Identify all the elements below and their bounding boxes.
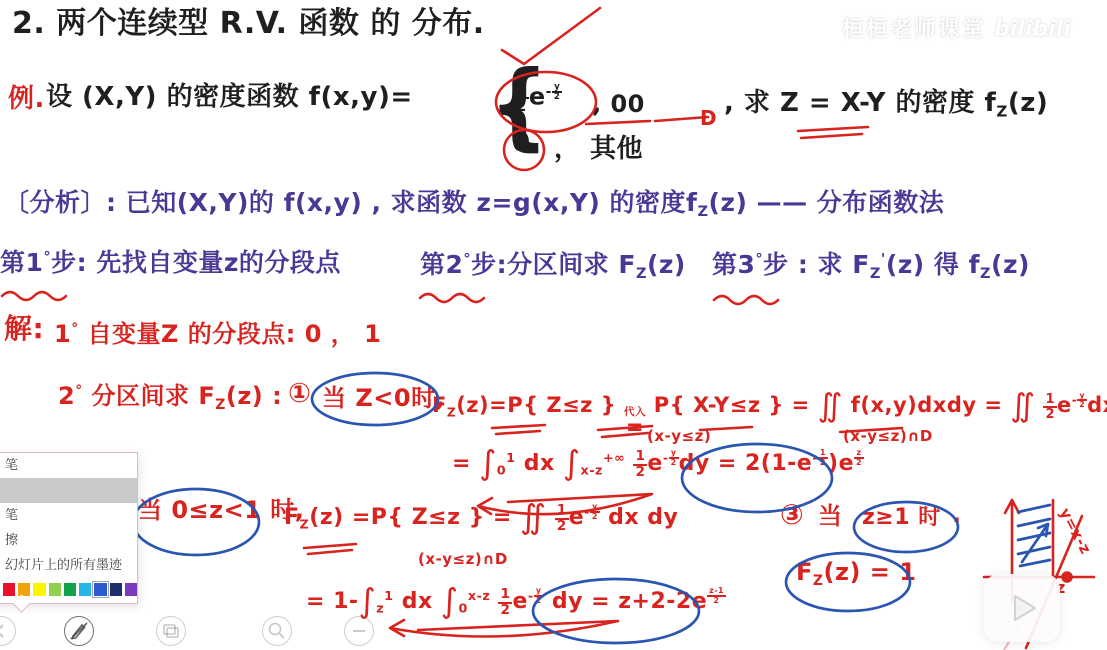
ink-text: , 00 bbox=[592, 92, 645, 117]
ink-text: ， 其他 bbox=[554, 136, 643, 163]
ink-text: 设 (X,Y) 的密度函数 f(x,y)= bbox=[46, 84, 413, 111]
ink-text: = ∫01 dx ∫x-z+∞ 12e-y2dy = 2(1-e-12)ez2 bbox=[452, 446, 864, 481]
pen-menu-item-1[interactable] bbox=[0, 478, 137, 503]
ink-text: ① bbox=[288, 380, 311, 408]
red-underline-domain bbox=[586, 117, 708, 124]
ink-text: 当 Z<0时, bbox=[322, 386, 445, 411]
pen-icon bbox=[66, 618, 92, 644]
presentation-slide: 桓桓老师课堂bilibili 2. 两个连续型 R.V. 函数 的 分布.例.设… bbox=[0, 0, 1107, 650]
pen-menu-item-2[interactable]: 笔 bbox=[0, 503, 137, 528]
ink-text: FZ(z)=P{ Z≤z } 代入= P{ X-Y≤z } = ∬ f(x,y)… bbox=[432, 390, 1107, 437]
zoom-icon bbox=[264, 618, 290, 644]
ink-text: FZ(z) =P{ Z≤z } = ∬ 12e-y2 dx dy bbox=[284, 500, 678, 535]
ink-text: FZ(z) = 1 bbox=[796, 560, 916, 585]
ink-color-swatch-5[interactable] bbox=[79, 583, 91, 596]
ink-text: , 求 Z = X-Y 的密度 fZ(z) bbox=[724, 90, 1048, 117]
ink-text: 2. 两个连续型 R.V. 函数 的 分布. bbox=[12, 8, 485, 40]
more-icon bbox=[346, 618, 372, 644]
ink-text: = 1-∫z1 dx ∫0x-z 12e-y2 dy = z+2-2ez-12 bbox=[306, 584, 726, 619]
pen-options-menu: 笔笔擦幻灯片上的所有墨迹 bbox=[0, 452, 138, 604]
ink-text: z≥1 时 bbox=[862, 506, 941, 529]
sketch-region-hatching bbox=[1018, 505, 1050, 566]
ink-text: 当 bbox=[818, 504, 843, 529]
ink-text: ③ bbox=[780, 500, 804, 529]
slides-icon bbox=[158, 618, 184, 644]
ink-color-swatch-6[interactable] bbox=[94, 583, 106, 596]
ink-text: 2° 分区间求 FZ(z) : bbox=[58, 384, 282, 409]
slides-button[interactable] bbox=[156, 616, 186, 646]
ink-text: 1° 自变量Z 的分段点: 0 ， 1 bbox=[54, 322, 381, 347]
red-arrow-inner-integral-2 bbox=[390, 620, 618, 637]
zoom-button[interactable] bbox=[262, 616, 292, 646]
pen-menu-item-4[interactable]: 幻灯片上的所有墨迹 bbox=[0, 553, 137, 578]
ink-color-swatch-8[interactable] bbox=[125, 583, 137, 596]
ink-text: 第3°步 : 求 FZ'(z) 得 fZ(z) bbox=[712, 252, 1030, 278]
ink-text: 第1°步: 先找自变量z的分段点 bbox=[0, 250, 341, 276]
ink-text: (x-y≤z)∩D bbox=[418, 552, 508, 568]
sketch-blue-arrow bbox=[1022, 524, 1048, 562]
ink-color-swatch-2[interactable] bbox=[33, 583, 45, 596]
red-wavy-step2 bbox=[420, 294, 484, 302]
watermark-text: 桓桓老师课堂 bbox=[842, 17, 986, 42]
ink-text: 0 bbox=[512, 130, 531, 157]
play-icon bbox=[1000, 586, 1044, 630]
pen-menu-item-3[interactable]: 擦 bbox=[0, 528, 137, 553]
ink-text: 12e-y2 bbox=[514, 82, 562, 114]
more-button[interactable] bbox=[344, 616, 374, 646]
pen-menu-item-0[interactable]: 笔 bbox=[0, 453, 137, 478]
ink-text: 〔分析〕: 已知(X,Y)的 f(x,y) , 求函数 z=g(x,Y) 的密度… bbox=[4, 190, 944, 216]
previous-button[interactable] bbox=[0, 616, 16, 646]
red-double-underline-xy bbox=[798, 127, 868, 138]
ink-text: D bbox=[700, 108, 717, 129]
ink-text: (x-y≤z)∩D bbox=[843, 429, 933, 445]
ink-text: . bbox=[952, 502, 962, 527]
ink-color-swatch-7[interactable] bbox=[110, 583, 122, 596]
video-play-overlay[interactable] bbox=[984, 574, 1060, 642]
watermark: 桓桓老师课堂bilibili bbox=[842, 12, 1071, 43]
ink-color-swatch-0[interactable] bbox=[3, 583, 15, 596]
ink-text: 例. bbox=[8, 86, 45, 113]
red-wavy-step3 bbox=[714, 296, 778, 304]
ink-color-swatch-4[interactable] bbox=[64, 583, 76, 596]
ink-text: (x-y≤z) bbox=[647, 429, 711, 445]
previous-icon bbox=[0, 618, 14, 644]
red-underline-z-le-z-2 bbox=[304, 544, 356, 554]
bilibili-logo: bilibili bbox=[994, 17, 1071, 42]
ink-color-swatch-3[interactable] bbox=[49, 583, 61, 596]
pen-button[interactable] bbox=[64, 616, 94, 646]
ink-text: y=x-z bbox=[1056, 506, 1093, 557]
red-wavy-step1 bbox=[2, 292, 66, 300]
ink-text: 当 0≤z<1 时, bbox=[138, 498, 304, 523]
ink-text: 第2°步:分区间求 FZ(z) bbox=[420, 252, 686, 278]
ink-text: 解: bbox=[4, 314, 44, 343]
